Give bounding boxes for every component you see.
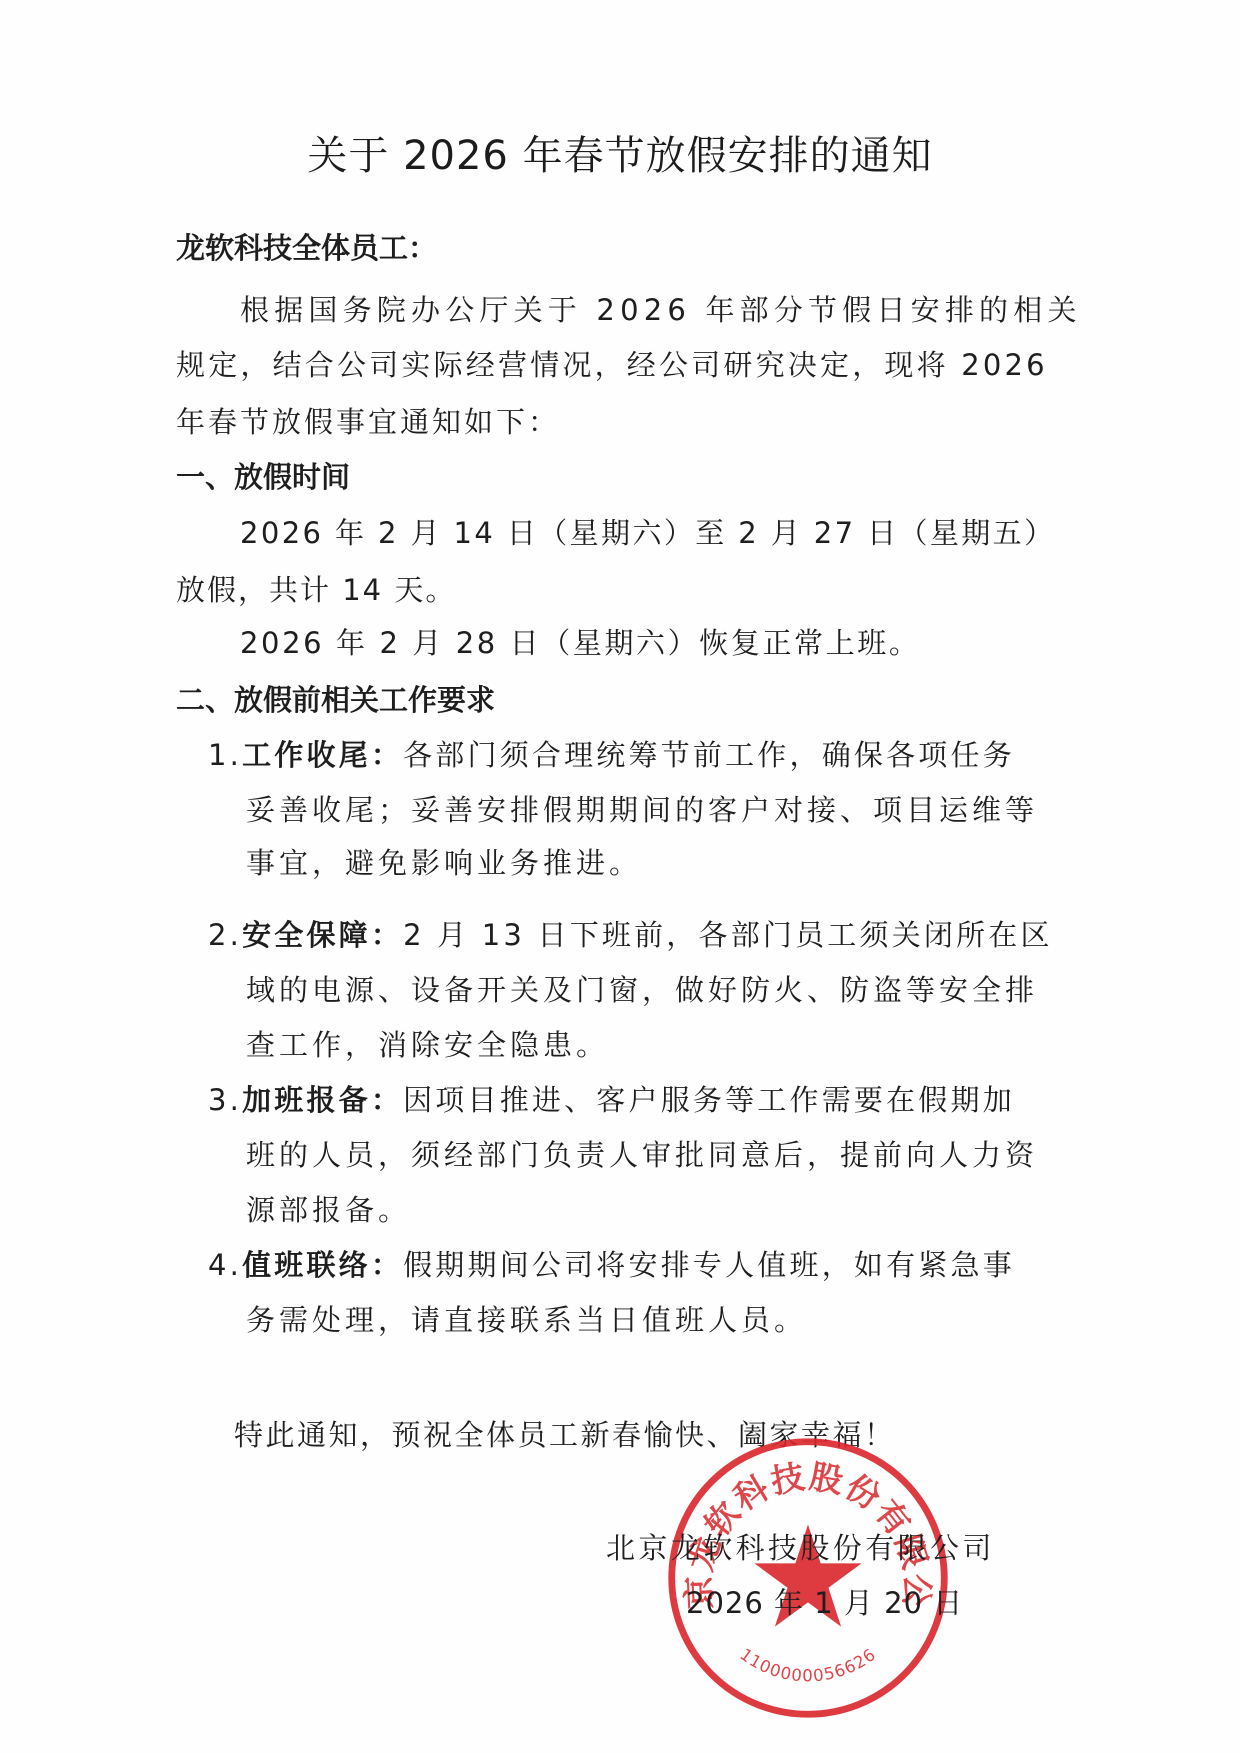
- section-1-heading: 一、放假时间: [176, 457, 350, 497]
- intro-line-1: 根据国务院办公厅关于 2026 年部分节假日安排的相关: [240, 290, 1082, 330]
- item-label: 安全保障：: [242, 918, 403, 952]
- requirement-item-3-line-2: 班的人员，须经部门负责人审批同意后，提前向人力资: [246, 1135, 1038, 1175]
- section-2-heading: 二、放假前相关工作要求: [176, 680, 495, 720]
- document-page: 关于 2026 年春节放假安排的通知 龙软科技全体员工： 根据国务院办公厅关于 …: [0, 0, 1240, 1753]
- requirement-item-1-line-2: 妥善收尾；妥善安排假期期间的客户对接、项目运维等: [246, 790, 1038, 830]
- holiday-total-line: 放假，共计 14 天。: [176, 570, 456, 610]
- requirement-item-2: 2.安全保障：2 月 13 日下班前，各部门员工须关闭所在区: [208, 915, 1053, 955]
- requirement-item-4: 4.值班联络：假期期间公司将安排专人值班，如有紧急事: [208, 1245, 1015, 1285]
- requirement-item-1-line-3: 事宜，避免影响业务推进。: [246, 843, 642, 883]
- item-label: 工作收尾：: [242, 738, 403, 772]
- item-number: 4.: [208, 1248, 242, 1282]
- item-text: 各部门须合理统筹节前工作，确保各项任务: [403, 738, 1015, 772]
- document-title: 关于 2026 年春节放假安排的通知: [0, 126, 1240, 186]
- requirement-item-3: 3.加班报备：因项目推进、客户服务等工作需要在假期加: [208, 1080, 1015, 1120]
- intro-line-2: 规定，结合公司实际经营情况，经公司研究决定，现将 2026: [176, 345, 1048, 385]
- item-number: 1.: [208, 738, 242, 772]
- requirement-item-2-line-3: 查工作，消除安全隐患。: [246, 1025, 609, 1065]
- requirement-item-1: 1.工作收尾：各部门须合理统筹节前工作，确保各项任务: [208, 735, 1015, 775]
- signature-company: 北京龙软科技股份有限公司: [606, 1528, 995, 1568]
- svg-text:1100000056626: 1100000056626: [736, 1645, 879, 1686]
- company-seal-icon: 北京龙软科技股份有限公司 1100000056626: [662, 1432, 954, 1724]
- salutation: 龙软科技全体员工：: [176, 228, 437, 268]
- holiday-period-line: 2026 年 2 月 14 日（星期六）至 2 月 27 日（星期五）: [240, 513, 1055, 553]
- item-text: 2 月 13 日下班前，各部门员工须关闭所在区: [403, 918, 1053, 952]
- resume-work-line: 2026 年 2 月 28 日（星期六）恢复正常上班。: [240, 623, 920, 663]
- item-number: 2.: [208, 918, 242, 952]
- item-text: 因项目推进、客户服务等工作需要在假期加: [403, 1083, 1015, 1117]
- intro-line-3: 年春节放假事宜通知如下：: [176, 402, 560, 442]
- item-label: 加班报备：: [242, 1083, 403, 1117]
- signature-date: 2026 年 1 月 20 日: [686, 1583, 963, 1623]
- requirement-item-3-line-3: 源部报备。: [246, 1190, 411, 1230]
- item-label: 值班联络：: [242, 1248, 403, 1282]
- seal-code: 1100000056626: [736, 1645, 879, 1686]
- requirement-item-2-line-2: 域的电源、设备开关及门窗，做好防火、防盗等安全排: [246, 970, 1038, 1010]
- requirement-item-4-line-2: 务需处理，请直接联系当日值班人员。: [246, 1300, 807, 1340]
- item-number: 3.: [208, 1083, 242, 1117]
- item-text: 假期期间公司将安排专人值班，如有紧急事: [403, 1248, 1015, 1282]
